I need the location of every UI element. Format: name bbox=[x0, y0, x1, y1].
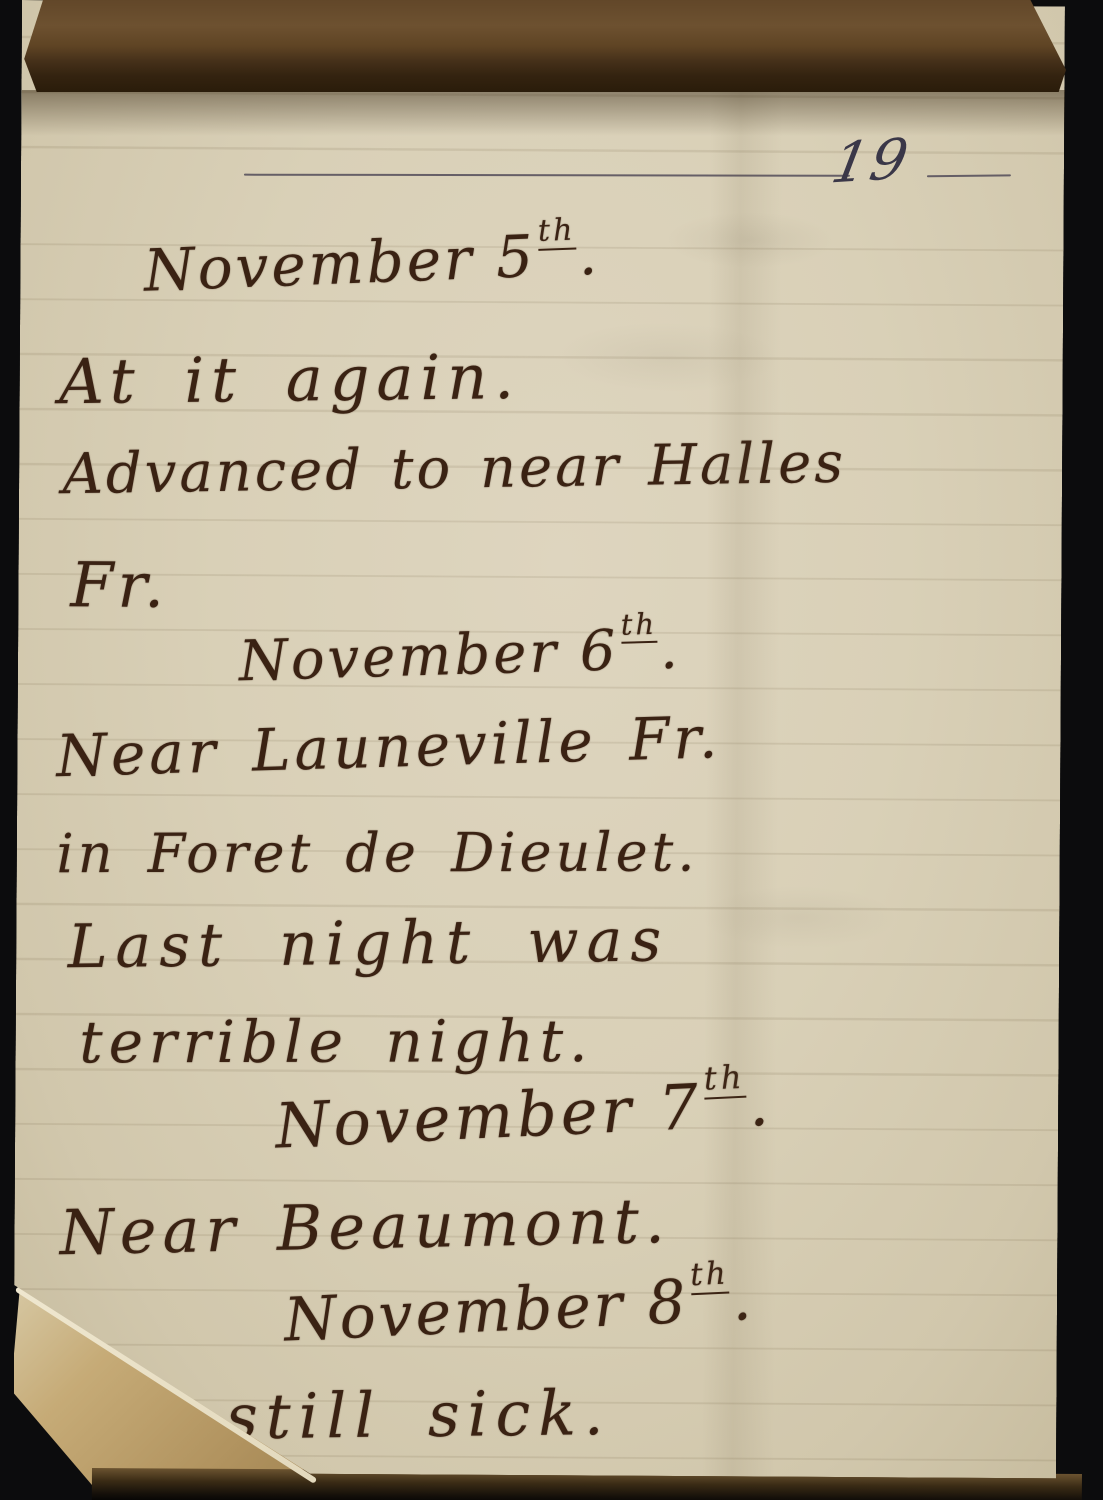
diary-line: Near Beaumont. bbox=[59, 1184, 671, 1269]
entry-date-ordinal: th bbox=[537, 215, 576, 251]
diary-line: At it again. bbox=[59, 340, 522, 418]
notebook-photo: 19 November 5th. At it again. Advanced t… bbox=[0, 0, 1103, 1500]
entry-date-heading: November 7th. bbox=[274, 1067, 775, 1163]
entry-date-ordinal: th bbox=[703, 1061, 746, 1099]
header-rule-dash bbox=[927, 174, 1011, 177]
diary-line: terrible night. bbox=[79, 1007, 593, 1076]
entry-date-ordinal: th bbox=[620, 610, 657, 644]
notebook-binding bbox=[20, 0, 1066, 92]
header-rule bbox=[244, 174, 850, 177]
entry-date-ordinal: th bbox=[690, 1258, 730, 1295]
entry-date-text: November 6 bbox=[238, 618, 619, 694]
diary-line: Fr. bbox=[70, 548, 168, 622]
entry-date-period: . bbox=[747, 1067, 774, 1141]
entry-date-heading: November 5th. bbox=[143, 220, 601, 305]
entry-date-period: . bbox=[730, 1264, 755, 1335]
entry-date-heading: November 6th. bbox=[238, 617, 682, 695]
diary-line: Last night was bbox=[67, 905, 669, 982]
entry-date-period: . bbox=[659, 617, 682, 683]
diary-line: Advanced to near Halles bbox=[62, 431, 847, 508]
diary-page: 19 November 5th. At it again. Advanced t… bbox=[13, 0, 1065, 1478]
entry-date-text: November 7 bbox=[274, 1070, 704, 1163]
diary-line: Near Launeville Fr. bbox=[55, 703, 722, 790]
page-number: 19 bbox=[826, 127, 914, 197]
entry-date-text: November 8 bbox=[282, 1267, 690, 1356]
entry-date-text: November 5 bbox=[143, 222, 538, 305]
diary-line: in Foret de Dieulet. bbox=[56, 821, 698, 886]
entry-date-period: . bbox=[577, 220, 601, 289]
entry-date-heading: November 8th. bbox=[282, 1264, 755, 1356]
